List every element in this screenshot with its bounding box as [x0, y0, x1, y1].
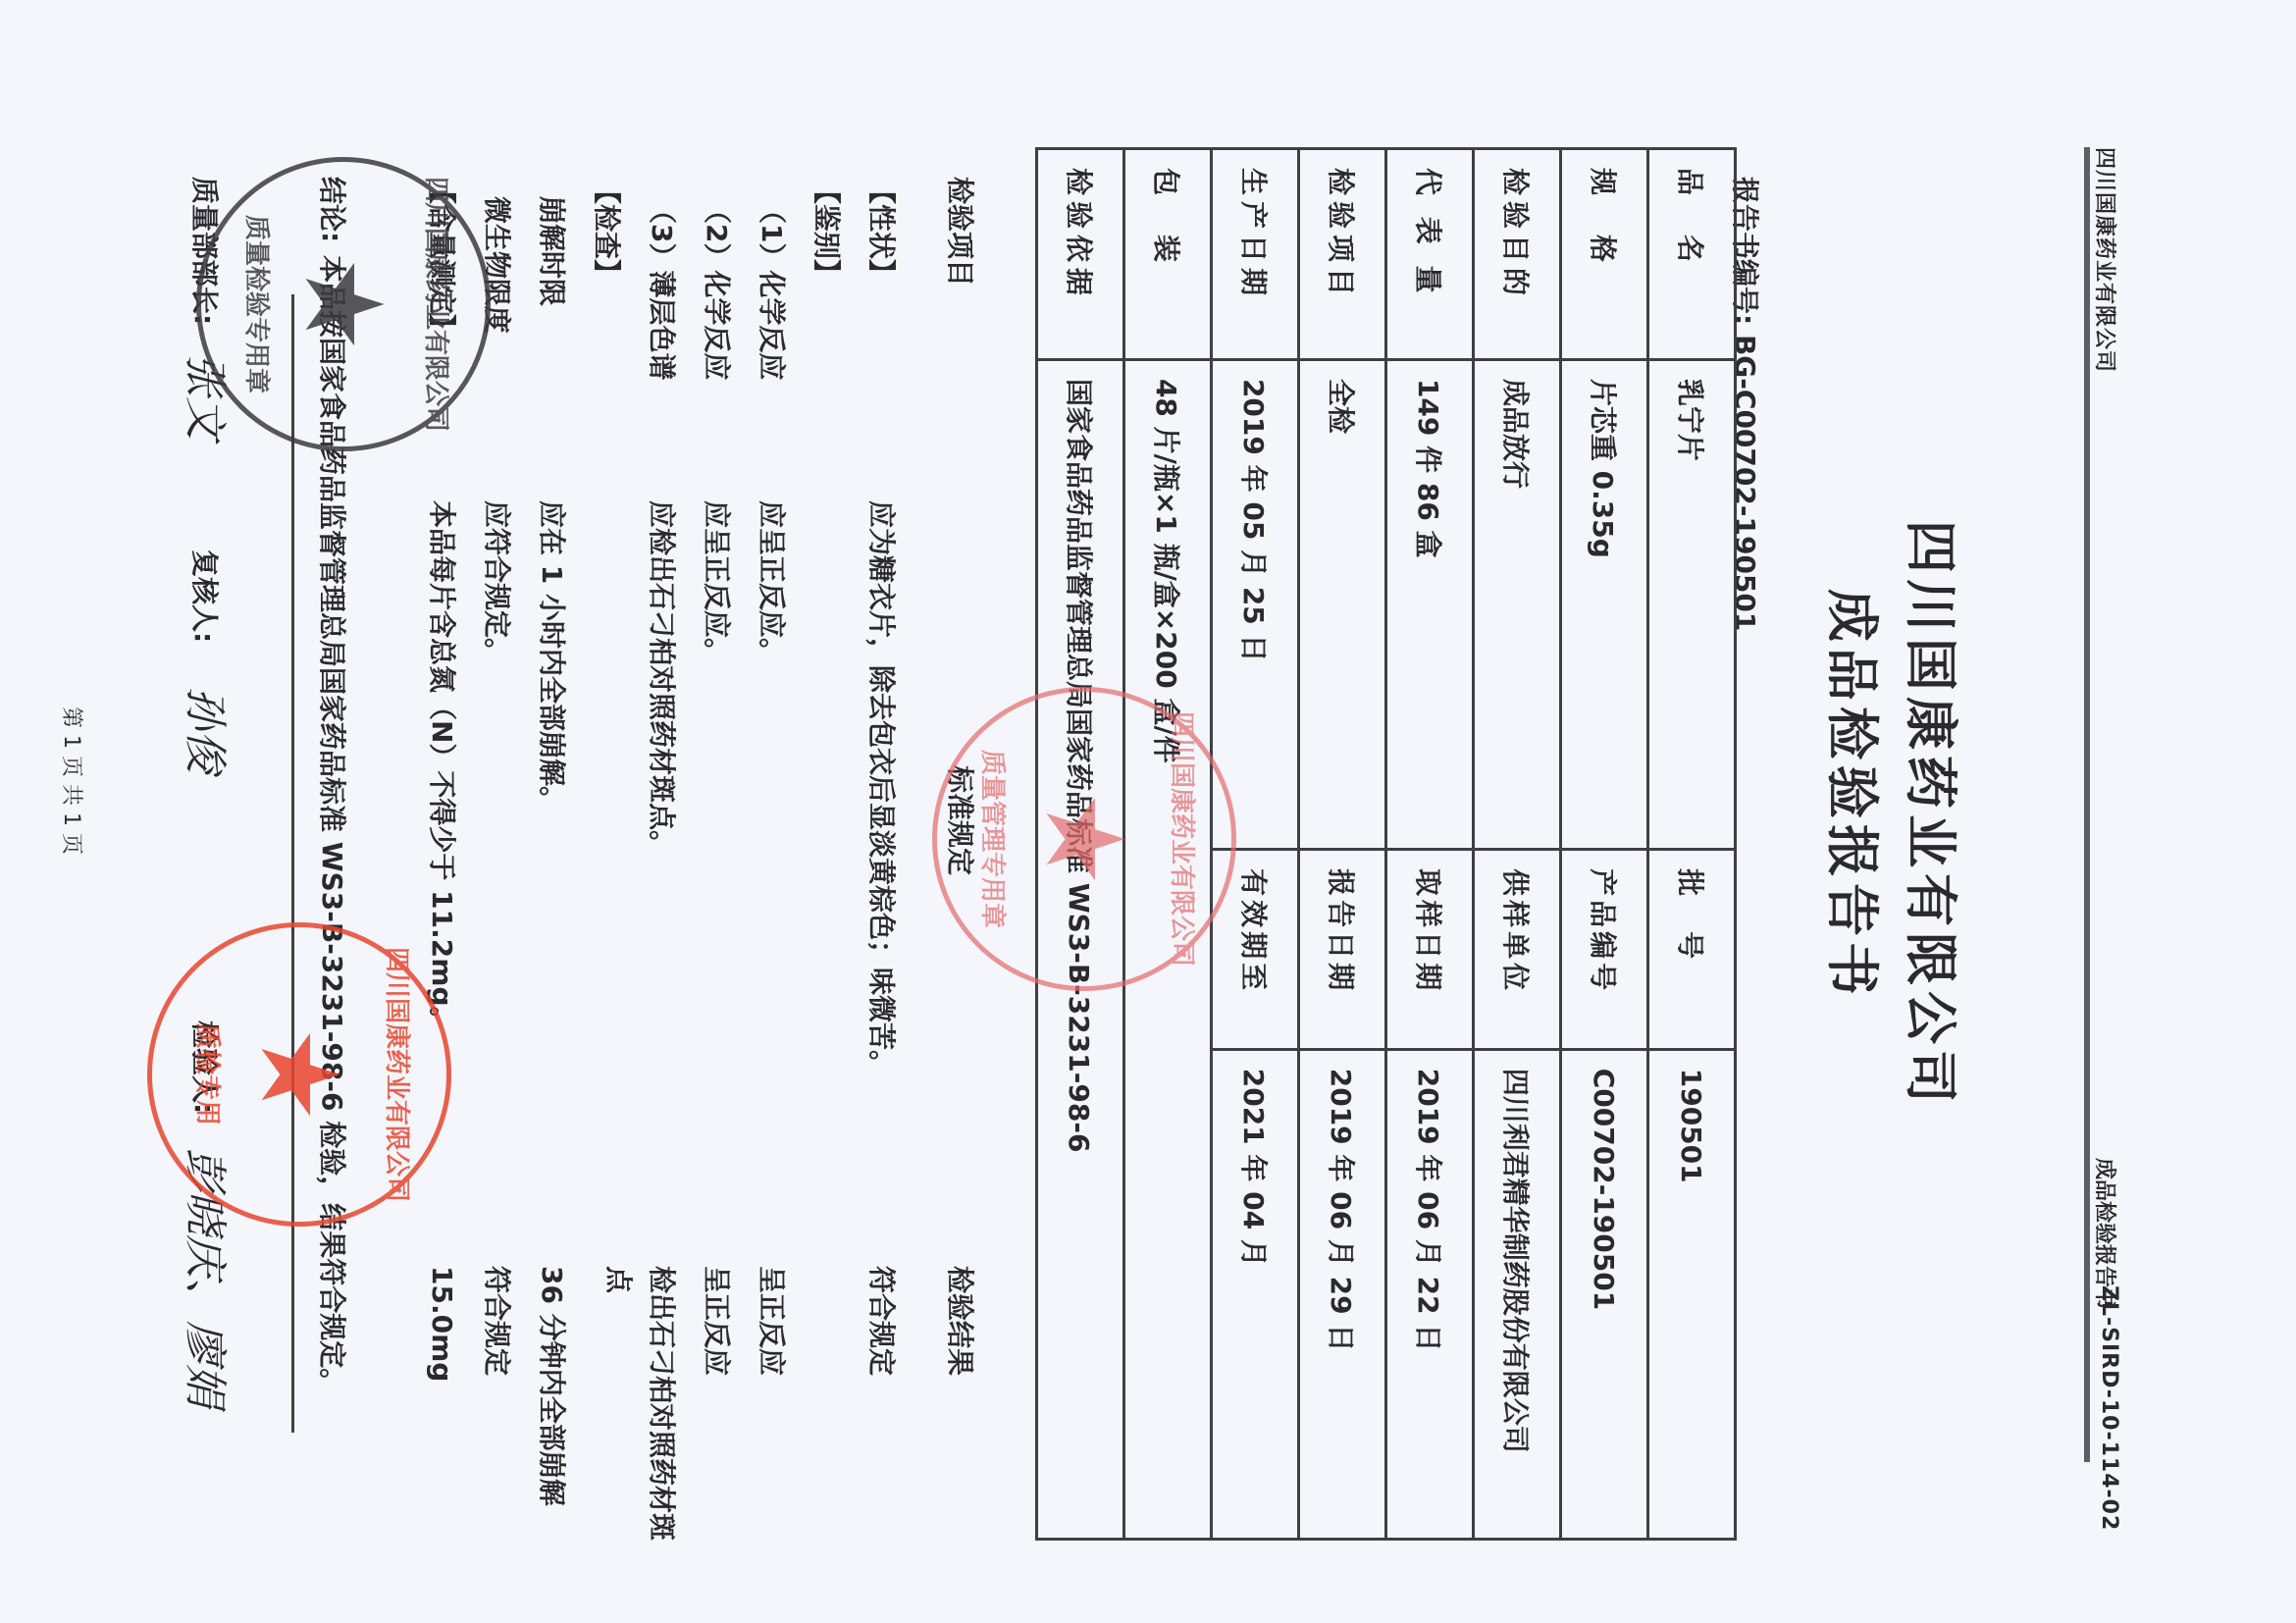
inspection-report-page: 四川国康药业有限公司 成品检验报告书 ZL-SIRD-10-114-02 四川国…	[0, 0, 2296, 1623]
info-label: 报告日期	[1299, 850, 1386, 1050]
info-row: 品 名乳宁片批 号190501	[1648, 149, 1736, 1540]
quality-inspection-seal: ★ 四川国康药业有限公司 质量检验专用章	[196, 157, 491, 451]
company-seal: ★ 四川国康药业有限公司 质检专用	[147, 922, 451, 1227]
signature-rule	[291, 294, 294, 1433]
test-result: 检出石刁柏对照药材斑点	[597, 1266, 683, 1541]
info-value: 成品放行	[1474, 359, 1561, 849]
test-standard: 应呈正反应。	[750, 500, 793, 1227]
info-value: 149 件 86 盒	[1386, 359, 1474, 849]
info-label: 代 表 量	[1386, 149, 1474, 360]
quality-management-seal: ★ 四川国康药业有限公司 质量管理专用章	[932, 687, 1236, 991]
info-value: 四川利君精华制药股份有限公司	[1474, 1049, 1561, 1539]
info-label: 检验依据	[1037, 149, 1124, 360]
info-label: 供样单位	[1474, 850, 1561, 1050]
info-row: 检验项目全检报告日期2019 年 06 月 29 日	[1299, 149, 1386, 1540]
info-label: 取样日期	[1386, 850, 1474, 1050]
test-result: 符合规定	[860, 1266, 903, 1541]
info-row: 检验目的成品放行供样单位四川利君精华制药股份有限公司	[1474, 149, 1561, 1540]
test-result: 36 分钟内全部崩解	[530, 1266, 573, 1541]
test-item: 崩解时限	[534, 196, 573, 306]
info-value: 190501	[1648, 1049, 1736, 1539]
header-company: 四川国康药业有限公司	[2091, 147, 2121, 373]
info-value: 乳宁片	[1648, 359, 1736, 849]
info-label: 批 号	[1648, 850, 1736, 1050]
info-label: 品 名	[1648, 149, 1736, 360]
company-title: 四川国康药业有限公司	[1897, 520, 1972, 1109]
test-item: （2）化学反应	[699, 196, 738, 380]
info-row: 规 格片芯重 0.35g产品编号C00702-190501	[1561, 149, 1648, 1540]
star-icon: ★	[1030, 791, 1138, 888]
info-row: 代 表 量149 件 86 盒取样日期2019 年 06 月 22 日	[1386, 149, 1474, 1540]
test-item: （1）化学反应	[754, 196, 793, 380]
test-standard: 应呈正反应。	[695, 500, 738, 1227]
info-label: 包 装	[1124, 149, 1212, 360]
info-label: 规 格	[1561, 149, 1648, 360]
section-heading: 【鉴别】	[809, 177, 848, 287]
test-standard: 应为糖衣片，除去包衣后显淡黄棕色；味微苦。	[860, 500, 903, 1227]
star-icon: ★	[245, 1026, 353, 1124]
test-result: 呈正反应	[750, 1266, 793, 1541]
info-value: 2019 年 05 月 25 日	[1212, 359, 1299, 849]
test-standard: 应检出石刁柏对照药材斑点。	[640, 500, 683, 1227]
test-result: 呈正反应	[695, 1266, 738, 1541]
header-rule	[2084, 147, 2090, 1462]
info-label: 检验项目	[1299, 149, 1386, 360]
reviewer-label: 复核人:	[186, 550, 226, 643]
info-value: 片芯重 0.35g	[1561, 359, 1648, 849]
col-item-header: 检验项目	[942, 177, 981, 287]
test-result: 符合规定	[475, 1266, 518, 1541]
info-value: 2019 年 06 月 22 日	[1386, 1049, 1474, 1539]
test-standard: 应符合规定。	[475, 500, 518, 1227]
info-value: 全检	[1299, 359, 1386, 849]
info-label: 生产日期	[1212, 149, 1299, 360]
info-value: 2021 年 04 月	[1212, 1049, 1299, 1539]
col-result-header: 检验结果	[942, 1266, 981, 1376]
test-standard: 应在 1 小时内全部崩解。	[530, 500, 573, 1227]
test-item: （3）薄层色谱	[644, 196, 683, 380]
section-heading: 【性状】	[863, 177, 903, 287]
reviewer-signature: 孙俊	[178, 687, 240, 773]
page-footer: 第 1 页 共 1 页	[58, 707, 88, 855]
info-value: C00702-190501	[1561, 1049, 1648, 1539]
info-label: 检验目的	[1474, 149, 1561, 360]
test-result: 15.0mg	[420, 1266, 463, 1541]
info-value: 2019 年 06 月 29 日	[1299, 1049, 1386, 1539]
report-title: 成品检验报告书	[1818, 589, 1894, 1001]
section-heading: 【检查】	[589, 177, 628, 287]
info-label: 产品编号	[1561, 850, 1648, 1050]
form-code: ZL-SIRD-10-114-02	[2097, 1285, 2121, 1531]
star-icon: ★	[289, 256, 397, 353]
